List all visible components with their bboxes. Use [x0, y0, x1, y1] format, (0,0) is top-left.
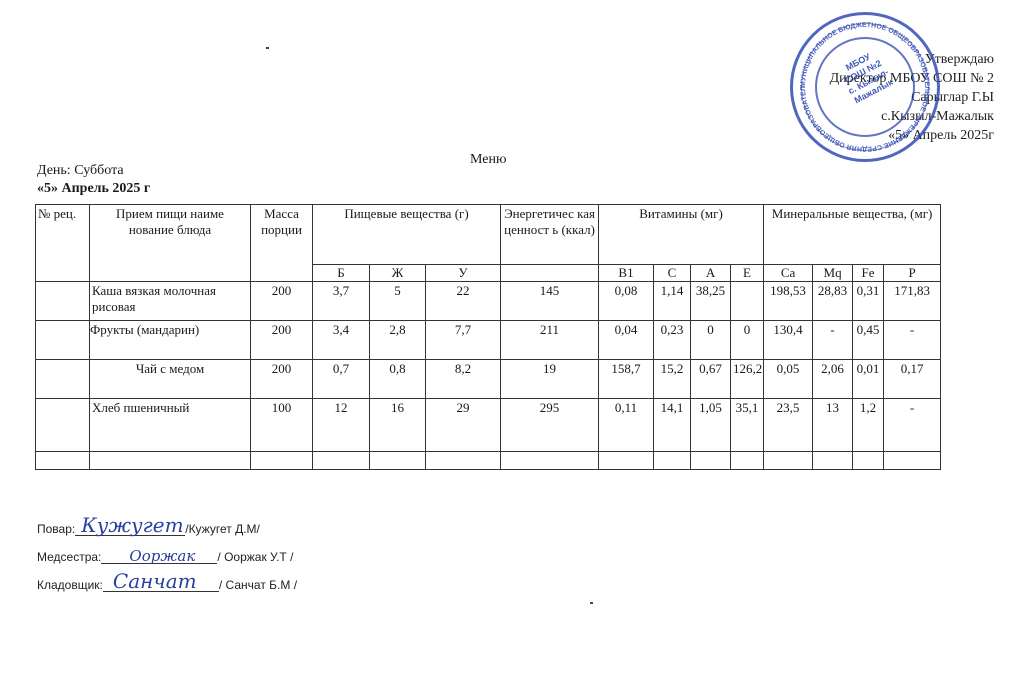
- cell-u: 7,7: [426, 321, 501, 360]
- subheader-cell: Б: [313, 265, 370, 282]
- cell-c: 14,1: [654, 399, 691, 452]
- header-energy: Энергетичес кая ценност ь (ккал): [501, 205, 599, 265]
- cell-b: 3,4: [313, 321, 370, 360]
- cell-mass: 200: [251, 360, 313, 399]
- signature-role: Кладовщик:: [37, 578, 103, 592]
- cell-no: [36, 321, 90, 360]
- header-recipe-no: № рец.: [36, 205, 90, 282]
- signature-nurse: Медсестра:Ооржак/ Ооржак У.Т /: [37, 549, 293, 564]
- cell-mass: 100: [251, 399, 313, 452]
- speck: [266, 47, 269, 49]
- cell-zh: [370, 452, 426, 470]
- cell-a: 38,25: [691, 282, 731, 321]
- subheader-cell: Ж: [370, 265, 426, 282]
- cell-a: 0,67: [691, 360, 731, 399]
- cell-name: Чай с медом: [90, 360, 251, 399]
- date-label: «5» Апрель 2025 г: [37, 181, 150, 197]
- official-stamp: МУНИЦИПАЛЬНОЕ БЮДЖЕТНОЕ ОБЩЕОБРАЗОВАТЕЛЬ…: [790, 12, 940, 162]
- table-row: Хлеб пшеничный1001216292950,1114,11,0535…: [36, 399, 941, 452]
- subheader-cell: A: [691, 265, 731, 282]
- cell-p: [884, 452, 941, 470]
- cell-no: [36, 452, 90, 470]
- cell-e: 0: [731, 321, 764, 360]
- cell-no: [36, 399, 90, 452]
- subheader-cell: E: [731, 265, 764, 282]
- header-row: № рец. Прием пищи наиме нование блюда Ма…: [36, 205, 941, 265]
- header-portion: Масса порции: [251, 205, 313, 282]
- cell-zh: 2,8: [370, 321, 426, 360]
- cell-b: 0,7: [313, 360, 370, 399]
- cell-zh: 0,8: [370, 360, 426, 399]
- cell-ca: 130,4: [764, 321, 813, 360]
- header-nutrients: Пищевые вещества (г): [313, 205, 501, 265]
- header-minerals: Минеральные вещества, (мг): [764, 205, 941, 265]
- handwritten-signature: Санчат: [113, 569, 197, 593]
- document-title: Меню: [470, 152, 506, 168]
- cell-mg: 2,06: [813, 360, 853, 399]
- subheader-cell: У: [426, 265, 501, 282]
- cell-no: [36, 360, 90, 399]
- cell-zh: 5: [370, 282, 426, 321]
- cell-p: 0,17: [884, 360, 941, 399]
- subheader-cell: Mq: [813, 265, 853, 282]
- handwritten-signature: Кужугет: [81, 513, 183, 537]
- cell-mass: [251, 452, 313, 470]
- cell-u: 22: [426, 282, 501, 321]
- speck: [590, 602, 593, 604]
- cell-b1: 0,04: [599, 321, 654, 360]
- signature-line: Санчат: [103, 577, 219, 592]
- cell-b1: [599, 452, 654, 470]
- cell-fe: 1,2: [853, 399, 884, 452]
- signature-role: Медсестра:: [37, 550, 101, 564]
- cell-b: 12: [313, 399, 370, 452]
- cell-b1: 158,7: [599, 360, 654, 399]
- cell-p: -: [884, 399, 941, 452]
- table-row: Фрукты (мандарин)2003,42,87,72110,040,23…: [36, 321, 941, 360]
- cell-zh: 16: [370, 399, 426, 452]
- signature-role: Повар:: [37, 522, 75, 536]
- signature-name: / Санчат Б.М /: [219, 578, 297, 592]
- cell-name: [90, 452, 251, 470]
- cell-mass: 200: [251, 321, 313, 360]
- header-meal-name: Прием пищи наиме нование блюда: [90, 205, 251, 282]
- subheader-cell: Ca: [764, 265, 813, 282]
- cell-u: [426, 452, 501, 470]
- cell-fe: 0,45: [853, 321, 884, 360]
- cell-b1: 0,08: [599, 282, 654, 321]
- subheader-cell: B1: [599, 265, 654, 282]
- menu-table: № рец. Прием пищи наиме нование блюда Ма…: [35, 204, 941, 470]
- cell-fe: 0,01: [853, 360, 884, 399]
- cell-b: [313, 452, 370, 470]
- cell-a: [691, 452, 731, 470]
- cell-b1: 0,11: [599, 399, 654, 452]
- cell-fe: 0,31: [853, 282, 884, 321]
- signature-cook: Повар:Кужугет/Кужугет Д.М/: [37, 521, 260, 536]
- cell-mg: 13: [813, 399, 853, 452]
- cell-c: 1,14: [654, 282, 691, 321]
- cell-mg: 28,83: [813, 282, 853, 321]
- cell-u: 8,2: [426, 360, 501, 399]
- cell-e: 35,1: [731, 399, 764, 452]
- cell-u: 29: [426, 399, 501, 452]
- cell-e: [731, 282, 764, 321]
- cell-a: 1,05: [691, 399, 731, 452]
- cell-mass: 200: [251, 282, 313, 321]
- cell-kcal: 145: [501, 282, 599, 321]
- cell-name: Каша вязкая молочная рисовая: [90, 282, 251, 321]
- cell-c: [654, 452, 691, 470]
- cell-kcal: 19: [501, 360, 599, 399]
- signature-storekeeper: Кладовщик:Санчат/ Санчат Б.М /: [37, 577, 297, 592]
- day-label: День: Суббота: [37, 163, 124, 179]
- cell-ca: 0,05: [764, 360, 813, 399]
- subheader-cell: C: [654, 265, 691, 282]
- cell-p: -: [884, 321, 941, 360]
- signature-line: Кужугет: [75, 521, 185, 536]
- signature-name: / Ооржак У.Т /: [217, 550, 293, 564]
- cell-mg: -: [813, 321, 853, 360]
- cell-kcal: 295: [501, 399, 599, 452]
- cell-fe: [853, 452, 884, 470]
- signature-name: /Кужугет Д.М/: [185, 522, 260, 536]
- cell-name: Хлеб пшеничный: [90, 399, 251, 452]
- cell-name: Фрукты (мандарин): [90, 321, 251, 360]
- cell-a: 0: [691, 321, 731, 360]
- cell-b: 3,7: [313, 282, 370, 321]
- cell-ca: [764, 452, 813, 470]
- cell-kcal: [501, 452, 599, 470]
- cell-ca: 23,5: [764, 399, 813, 452]
- subheader-cell: [501, 265, 599, 282]
- cell-e: 126,2: [731, 360, 764, 399]
- cell-p: 171,83: [884, 282, 941, 321]
- table-row: [36, 452, 941, 470]
- signature-line: Ооржак: [101, 549, 217, 564]
- table-row: Каша вязкая молочная рисовая2003,7522145…: [36, 282, 941, 321]
- header-vitamins: Витамины (мг): [599, 205, 764, 265]
- cell-ca: 198,53: [764, 282, 813, 321]
- cell-no: [36, 282, 90, 321]
- cell-c: 0,23: [654, 321, 691, 360]
- handwritten-signature: Ооржак: [129, 547, 195, 565]
- cell-e: [731, 452, 764, 470]
- subheader-cell: P: [884, 265, 941, 282]
- cell-c: 15,2: [654, 360, 691, 399]
- table-row: Чай с медом2000,70,88,219158,715,20,6712…: [36, 360, 941, 399]
- cell-kcal: 211: [501, 321, 599, 360]
- subheader-cell: Fe: [853, 265, 884, 282]
- cell-mg: [813, 452, 853, 470]
